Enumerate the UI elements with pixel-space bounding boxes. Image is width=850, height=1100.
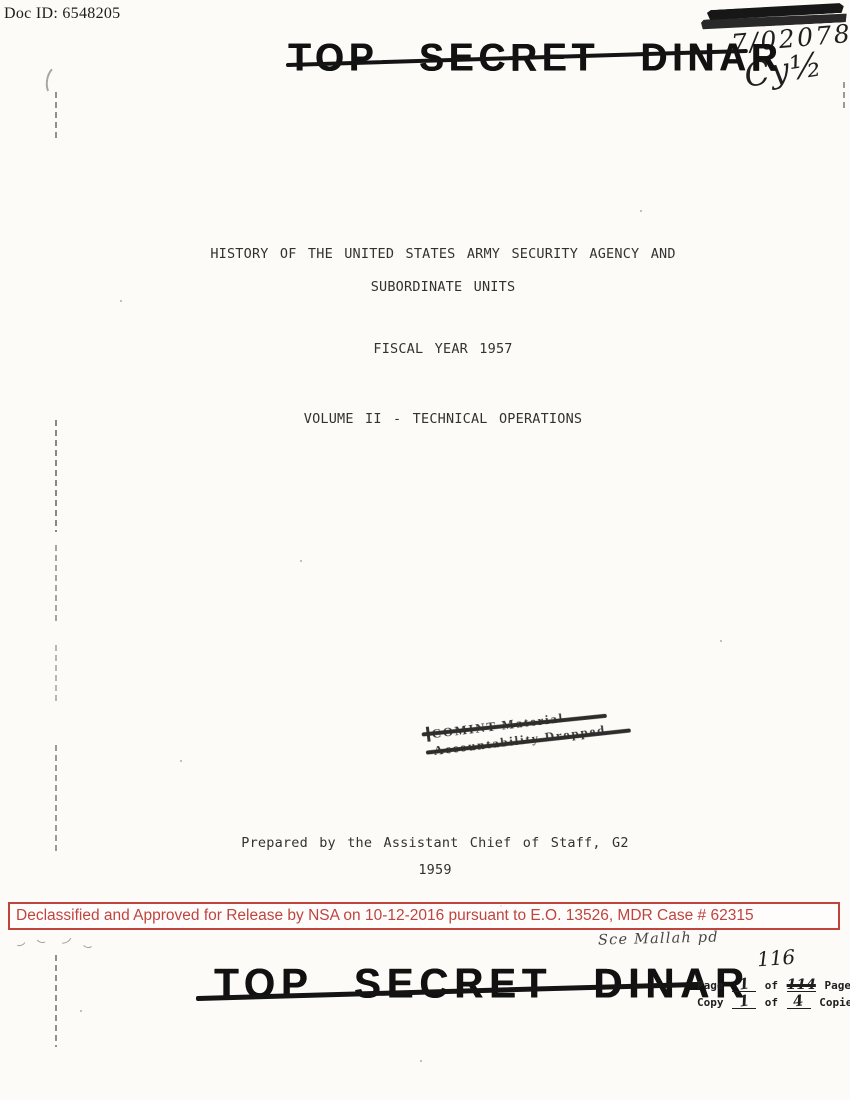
- of-label: of: [765, 996, 778, 1009]
- total-copies-blank: 4: [787, 996, 811, 1009]
- volume-title: VOLUME II - TECHNICAL OPERATIONS: [18, 411, 850, 427]
- handwritten-corrected-page-count: 116: [756, 945, 796, 972]
- scan-speckle: [80, 1010, 82, 1012]
- document-title-line2: SUBORDINATE UNITS: [18, 279, 850, 295]
- copies-label: Copies: [819, 996, 850, 1009]
- handwritten-see-note: Sce Mallah pd: [598, 929, 719, 948]
- copy-count-row: Copy 1 of 4 Copies: [697, 994, 850, 1011]
- handwritten-page-number: 1: [738, 978, 750, 990]
- scan-speckle: [500, 905, 502, 907]
- prepared-by-line: Prepared by the Assistant Chief of Staff…: [10, 835, 850, 851]
- handwritten-copy-number: 1: [738, 995, 750, 1007]
- scan-artifact-margin-line: [843, 82, 845, 112]
- pencil-stray-mark: [13, 934, 28, 948]
- page-label: Page: [697, 979, 724, 992]
- scan-speckle: [120, 300, 122, 302]
- copy-label: Copy: [697, 996, 724, 1009]
- of-label: of: [765, 979, 778, 992]
- handwritten-total-copies: 4: [793, 995, 805, 1007]
- scan-artifact-margin-line: [55, 545, 57, 625]
- scan-speckle: [420, 1060, 422, 1062]
- page-count-row: Page 1 of 114 Pages: [697, 977, 850, 994]
- pencil-stray-mark: [44, 65, 67, 98]
- pencil-stray-mark: [81, 937, 94, 949]
- scan-speckle: [300, 560, 302, 562]
- pencil-stray-mark: [56, 930, 73, 946]
- page-number-blank: 1: [732, 979, 756, 992]
- scan-speckle: [640, 210, 642, 212]
- scan-artifact-margin-line: [55, 745, 57, 851]
- pencil-stray-mark: [35, 932, 49, 945]
- document-title-line1: HISTORY OF THE UNITED STATES ARMY SECURI…: [18, 246, 850, 262]
- scan-speckle: [720, 640, 722, 642]
- pages-label: Pages: [824, 979, 850, 992]
- declassification-banner: Declassified and Approved for Release by…: [8, 902, 840, 930]
- accountability-stamp: COMINT Material Accountability Dropped: [431, 701, 634, 759]
- scan-artifact-margin-line: [55, 645, 57, 705]
- total-pages-blank: 114: [787, 980, 816, 992]
- scan-artifact-margin-line: [55, 955, 57, 1047]
- scan-speckle: [180, 760, 182, 762]
- page-copy-block: Page 1 of 114 Pages Copy 1 of 4 Copies: [697, 977, 850, 1011]
- doc-id: Doc ID: 6548205: [4, 5, 120, 23]
- copy-number-blank: 1: [732, 996, 756, 1009]
- fiscal-year: FISCAL YEAR 1957: [18, 341, 850, 357]
- scan-artifact-margin-line: [55, 92, 57, 138]
- scan-artifact-margin-line: [55, 420, 57, 532]
- publication-year: 1959: [10, 862, 850, 878]
